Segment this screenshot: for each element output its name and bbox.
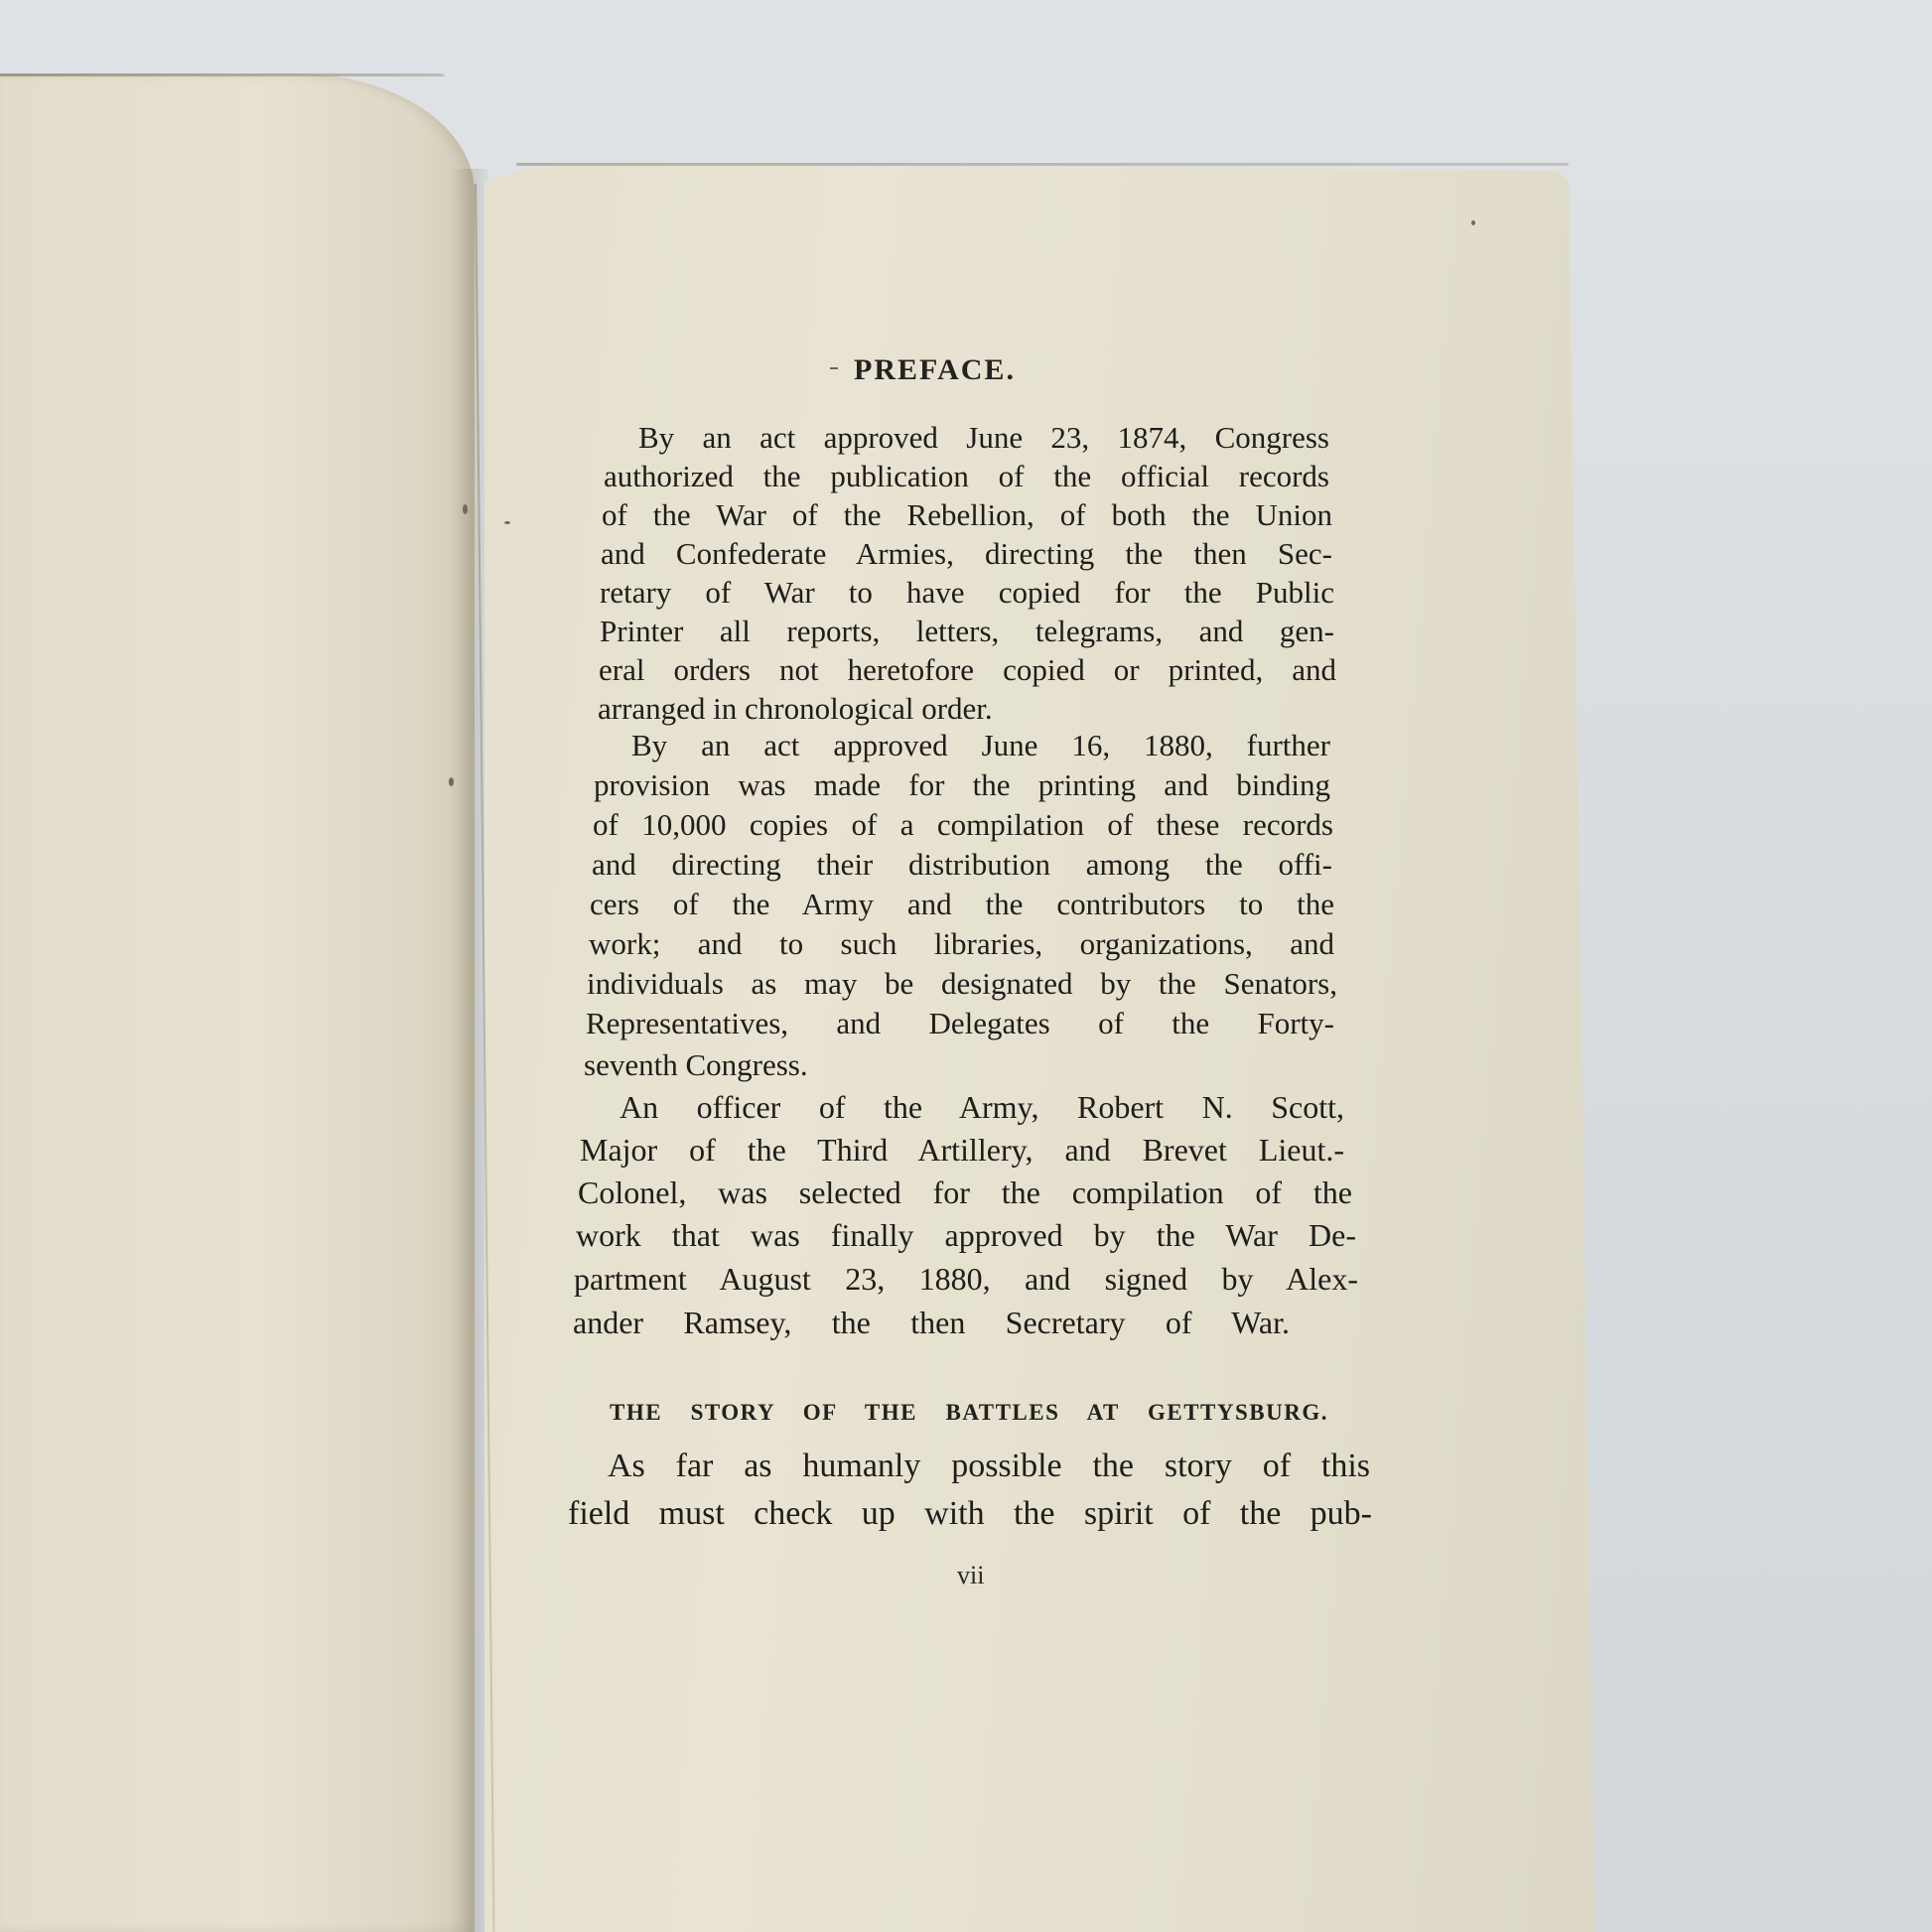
text-line: of 10,000 copies of a compilation of the… [593,807,1333,843]
text-line: An officer of the Army, Robert N. Scott, [620,1089,1344,1126]
page-title: PREFACE. [854,353,1016,387]
text-line: work that was finally approved by the Wa… [576,1217,1356,1254]
title-dash-mark [830,367,838,369]
text-line: of the War of the Rebellion, of both the… [602,497,1332,533]
text-line: and directing their distribution among t… [592,847,1332,883]
text-line: ander Ramsey, the then Secretary of War. [573,1305,1290,1341]
text-line: eral orders not heretofore copied or pri… [599,652,1336,688]
paper-speck [504,521,510,524]
book-photo: PREFACE. By an act approved June 23, 187… [0,0,1932,1932]
section-heading: THE STORY OF THE BATTLES AT GETTYSBURG. [610,1400,1328,1426]
text-line: As far as humanly possible the story of … [608,1448,1370,1485]
right-page-top-edge [516,163,1569,166]
text-line: By an act approved June 16, 1880, furthe… [631,728,1330,763]
text-line: provision was made for the printing and … [594,767,1330,803]
paper-speck [463,504,468,514]
page-number: vii [957,1561,984,1590]
text-line: retary of War to have copied for the Pub… [600,575,1334,611]
text-line: Colonel, was selected for the compilatio… [578,1174,1352,1211]
text-line: Major of the Third Artillery, and Brevet… [580,1132,1344,1169]
text-line: seventh Congress. [584,1047,867,1083]
text-line: cers of the Army and the contributors to… [590,887,1334,922]
paper-speck [449,777,454,786]
text-line: By an act approved June 23, 1874, Congre… [638,420,1329,456]
gutter-shadow [449,169,488,1932]
text-line: work; and to such libraries, organizatio… [589,926,1334,962]
text-line: arranged in chronological order. [598,691,1080,727]
text-line: Representatives, and Delegates of the Fo… [586,1006,1334,1041]
text-line: authorized the publication of the offici… [604,459,1329,494]
text-line: and Confederate Armies, directing the th… [601,536,1332,572]
text-line: individuals as may be designated by the … [587,966,1337,1002]
text-line: field must check up with the spirit of t… [568,1495,1372,1533]
text-line: partment August 23, 1880, and signed by … [574,1261,1358,1298]
left-page [0,73,475,1932]
text-line: Printer all reports, letters, telegrams,… [600,614,1334,649]
paper-speck [1471,220,1475,225]
